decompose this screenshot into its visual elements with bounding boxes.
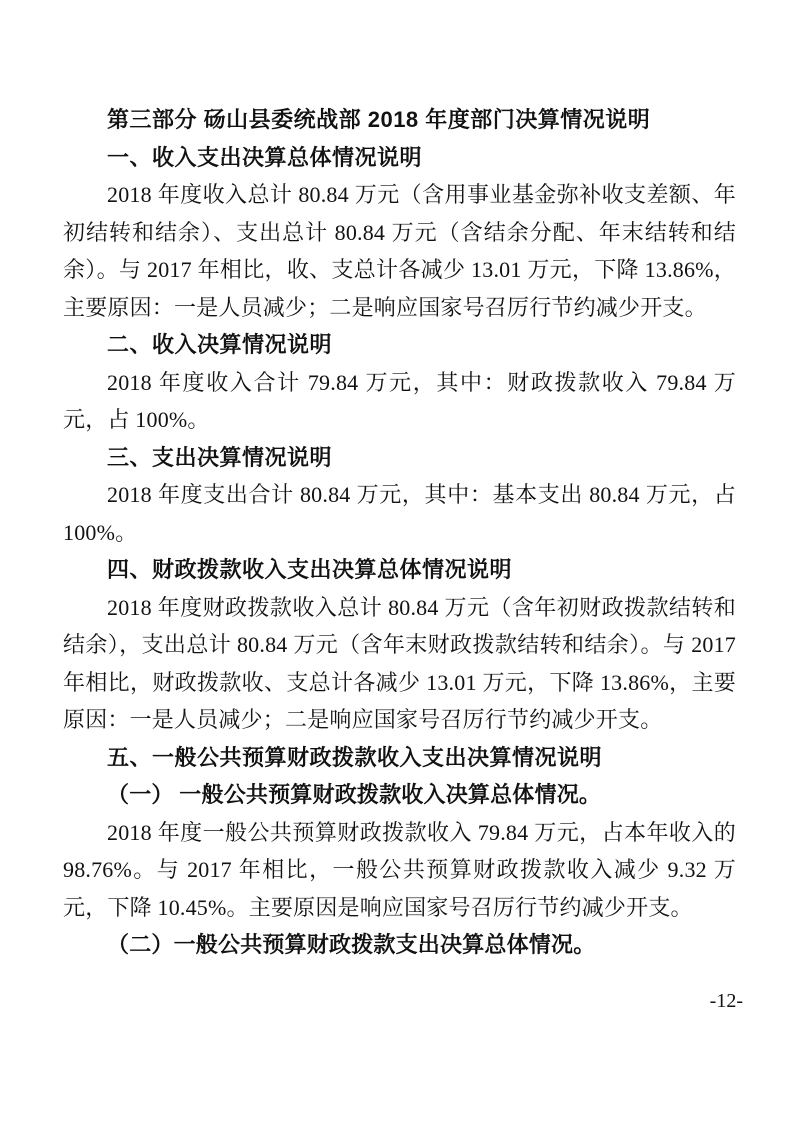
document-content: 第三部分 砀山县委统战部 2018 年度部门决算情况说明 一、收入支出决算总体情… <box>63 101 736 964</box>
paragraph-income-summary: 2018 年度收入合计 79.84 万元，其中：财政拨款收入 79.84 万元，… <box>63 364 736 439</box>
section-heading-2: 二、收入决算情况说明 <box>63 326 736 364</box>
paragraph-budget-income: 2018 年度一般公共预算财政拨款收入 79.84 万元，占本年收入的 98.7… <box>63 814 736 927</box>
sub-heading-5-1: （一） 一般公共预算财政拨款收入决算总体情况。 <box>63 776 736 814</box>
section-heading-5: 五、一般公共预算财政拨款收入支出决算情况说明 <box>63 739 736 777</box>
section-heading-4: 四、财政拨款收入支出决算总体情况说明 <box>63 551 736 589</box>
section-heading-1: 一、收入支出决算总体情况说明 <box>63 139 736 177</box>
document-page: 第三部分 砀山县委统战部 2018 年度部门决算情况说明 一、收入支出决算总体情… <box>0 0 793 1122</box>
paragraph-expense-summary: 2018 年度支出合计 80.84 万元，其中：基本支出 80.84 万元，占 … <box>63 476 736 551</box>
part-heading: 第三部分 砀山县委统战部 2018 年度部门决算情况说明 <box>63 101 736 139</box>
sub-heading-5-2: （二）一般公共预算财政拨款支出决算总体情况。 <box>63 926 736 964</box>
page-number: -12- <box>710 986 743 1016</box>
section-heading-3: 三、支出决算情况说明 <box>63 439 736 477</box>
paragraph-overall-summary: 2018 年度收入总计 80.84 万元（含用事业基金弥补收支差额、年初结转和结… <box>63 176 736 326</box>
paragraph-fiscal-summary: 2018 年度财政拨款收入总计 80.84 万元（含年初财政拨款结转和结余），支… <box>63 589 736 739</box>
